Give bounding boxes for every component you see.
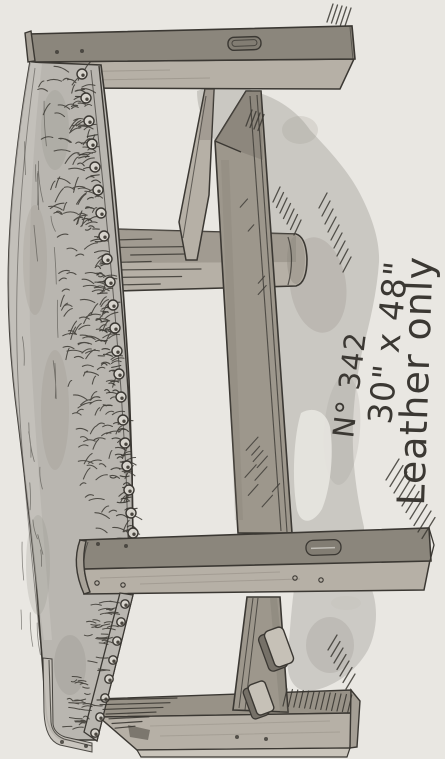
leather-mottle xyxy=(26,515,50,615)
nail-center xyxy=(88,121,91,124)
nail-center xyxy=(106,259,109,262)
nail-center xyxy=(112,305,115,308)
seat-rail xyxy=(76,528,434,594)
nail-center xyxy=(109,282,112,285)
seat-rail-mortise xyxy=(306,539,342,555)
nail-center xyxy=(122,420,125,423)
mortise-slot xyxy=(228,36,261,50)
top-rail-mortise xyxy=(228,36,261,50)
leather-mottle xyxy=(54,635,86,695)
nail-center xyxy=(128,490,131,493)
nail-center xyxy=(116,351,119,354)
nail-dot xyxy=(96,542,100,546)
bottom-rail xyxy=(97,690,360,757)
catalog-sketch-page: N° 342 30" x 48" Leather only xyxy=(0,0,445,759)
nail-dot xyxy=(60,740,64,744)
nail-center xyxy=(132,533,135,536)
wash-mottle xyxy=(282,116,318,144)
nail-dot xyxy=(55,50,59,54)
stretcher-rail xyxy=(110,229,307,291)
nail-center xyxy=(97,190,100,193)
nail-center xyxy=(103,236,106,239)
nail-center xyxy=(112,660,115,663)
nail-center xyxy=(130,513,133,516)
nail-center xyxy=(99,717,102,720)
nail-center xyxy=(91,144,94,147)
nail-dot xyxy=(235,735,239,739)
nail-center xyxy=(120,397,123,400)
nail-center xyxy=(100,213,103,216)
nail-dot xyxy=(264,737,268,741)
nail-center xyxy=(120,622,123,625)
nail-center xyxy=(116,641,119,644)
bottom-rail-bottom-strip xyxy=(137,748,350,757)
nail-dot xyxy=(80,49,84,53)
nail-center xyxy=(94,167,97,170)
mortise-slot-inner xyxy=(311,548,335,549)
leather-mottle xyxy=(23,205,47,315)
nail-center xyxy=(124,443,127,446)
wash-smudge xyxy=(331,596,361,610)
nail-dot xyxy=(124,544,128,548)
nail-center xyxy=(114,328,117,331)
nail-center xyxy=(85,98,88,101)
nail-center xyxy=(118,374,121,377)
nail-center xyxy=(108,679,111,682)
nail-center xyxy=(124,604,127,607)
nail-center xyxy=(94,733,97,736)
nail-center xyxy=(81,74,84,77)
nail-dot xyxy=(84,744,88,748)
label-material: Leather only xyxy=(389,255,442,506)
bench-sketch: N° 342 30" x 48" Leather only xyxy=(0,0,445,759)
nail-center xyxy=(126,466,129,469)
